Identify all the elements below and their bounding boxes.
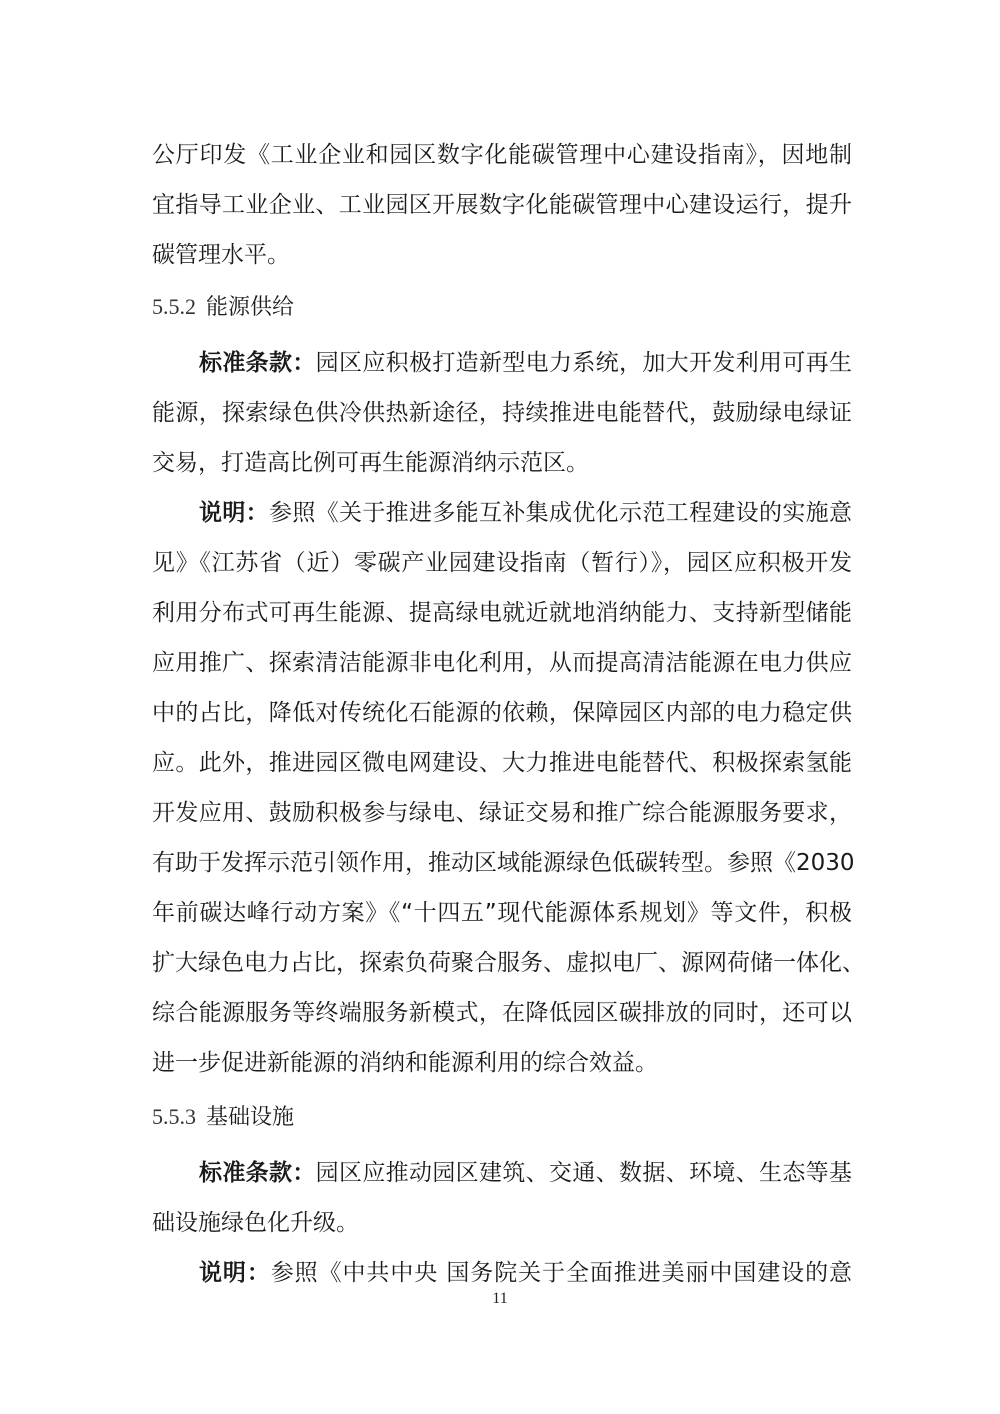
- paragraph-line: 中的占比，降低对传统化石能源的依赖，保障园区内部的电力稳定供: [152, 688, 852, 738]
- paragraph-line: 利用分布式可再生能源、提高绿电就近就地消纳能力、支持新型储能: [152, 588, 852, 638]
- paragraph-line: 扩大绿色电力占比，探索负荷聚合服务、虚拟电厂、源网荷储一体化、: [152, 938, 852, 988]
- clause-text: 园区应推动园区建筑、交通、数据、环境、生态等基: [316, 1160, 852, 1186]
- paragraph-line: 应。此外，推进园区微电网建设、大力推进电能替代、积极探索氢能: [152, 738, 852, 788]
- section-heading-552: 5.5.2能源供给: [152, 282, 852, 332]
- paragraph-line: 应用推广、探索清洁能源非电化利用，从而提高清洁能源在电力供应: [152, 638, 852, 688]
- paragraph-line: 宜指导工业企业、工业园区开展数字化能碳管理中心建设运行，提升: [152, 180, 852, 230]
- page-number: 11: [0, 1290, 1000, 1308]
- note-text: 参照《中共中央 国务院关于全面推进美丽中国建设的意: [271, 1260, 852, 1286]
- paragraph-line: 能源，探索绿色供冷供热新途径，持续推进电能替代，鼓励绿电绿证: [152, 388, 852, 438]
- section-title: 基础设施: [206, 1105, 294, 1130]
- paragraph-line: 碳管理水平。: [152, 230, 852, 280]
- standard-clause-line: 标准条款：园区应推动园区建筑、交通、数据、环境、生态等基: [152, 1148, 852, 1198]
- section-number: 5.5.2: [152, 294, 196, 319]
- standard-label: 标准条款：: [199, 350, 316, 376]
- paragraph-line: 础设施绿色化升级。: [152, 1198, 852, 1248]
- clause-text: 园区应积极打造新型电力系统，加大开发利用可再生: [316, 350, 852, 376]
- standard-label: 标准条款：: [199, 1160, 316, 1186]
- note-label: 说明：: [199, 500, 269, 526]
- note-label: 说明：: [199, 1260, 271, 1286]
- paragraph-line: 开发应用、鼓励积极参与绿电、绿证交易和推广综合能源服务要求，: [152, 788, 852, 838]
- paragraph-line: 进一步促进新能源的消纳和能源利用的综合效益。: [152, 1038, 852, 1088]
- standard-clause-line: 标准条款：园区应积极打造新型电力系统，加大开发利用可再生: [152, 338, 852, 388]
- paragraph-line: 见》《江苏省（近）零碳产业园建设指南（暂行）》，园区应积极开发: [152, 538, 852, 588]
- paragraph-line: 有助于发挥示范引领作用，推动区域能源绿色低碳转型。参照《2030: [152, 838, 852, 888]
- paragraph-line: 年前碳达峰行动方案》《“十四五”现代能源体系规划》等文件，积极: [152, 888, 852, 938]
- paragraph-line: 综合能源服务等终端服务新模式，在降低园区碳排放的同时，还可以: [152, 988, 852, 1038]
- section-number: 5.5.3: [152, 1104, 196, 1129]
- section-heading-553: 5.5.3基础设施: [152, 1092, 852, 1142]
- section-title: 能源供给: [206, 295, 294, 320]
- paragraph-line: 交易，打造高比例可再生能源消纳示范区。: [152, 438, 852, 488]
- note-line: 说明：参照《关于推进多能互补集成优化示范工程建设的实施意: [152, 488, 852, 538]
- paragraph-line: 公厅印发《工业企业和园区数字化能碳管理中心建设指南》，因地制: [152, 130, 852, 180]
- note-text: 参照《关于推进多能互补集成优化示范工程建设的实施意: [269, 500, 852, 526]
